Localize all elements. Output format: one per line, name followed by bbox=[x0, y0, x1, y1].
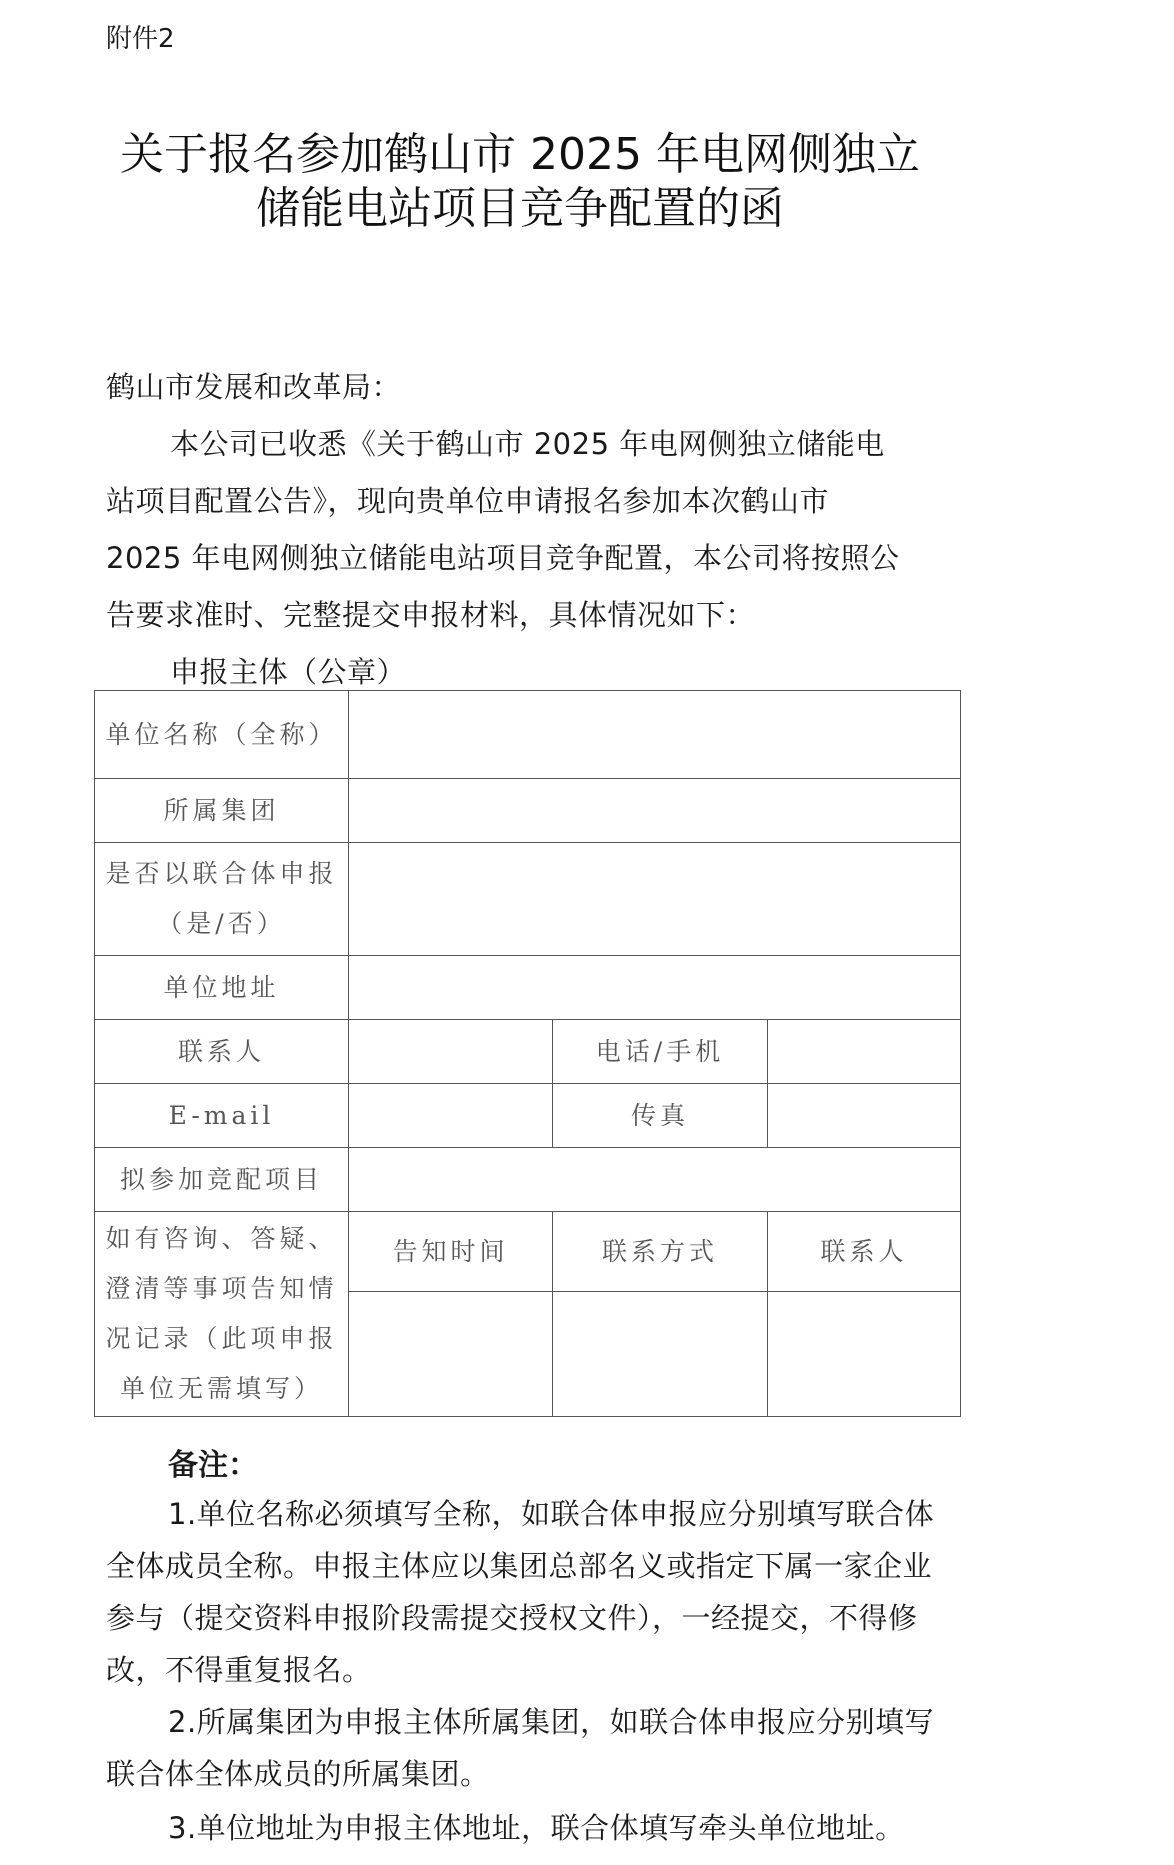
note-line: 全体成员全称。申报主体应以集团总部名义或指定下属一家企业 bbox=[106, 1544, 932, 1585]
project-label: 拟参加竞配项目 bbox=[95, 1148, 349, 1212]
record-label: 如有咨询、答疑、 澄清等事项告知情 况记录（此项申报 单位无需填写） bbox=[95, 1212, 349, 1417]
project-field[interactable] bbox=[349, 1148, 961, 1212]
consortium-label-line: （是/否） bbox=[101, 899, 342, 949]
attachment-label: 附件2 bbox=[106, 18, 175, 55]
table-row: 单位地址 bbox=[95, 956, 961, 1020]
record-label-line: 况记录（此项申报 bbox=[101, 1314, 342, 1364]
note-line: 3.单位地址为申报主体地址，联合体填写牵头单位地址。 bbox=[168, 1806, 905, 1847]
group-field[interactable] bbox=[349, 779, 961, 843]
table-row: 拟参加竞配项目 bbox=[95, 1148, 961, 1212]
registration-form-table: 单位名称（全称） 所属集团 是否以联合体申报 （是/否） 单位地址 联系人 电话… bbox=[94, 690, 961, 1417]
contact-label: 联系人 bbox=[95, 1020, 349, 1084]
contact-method-field[interactable] bbox=[553, 1292, 768, 1417]
unit-name-field[interactable] bbox=[349, 691, 961, 779]
table-row: 如有咨询、答疑、 澄清等事项告知情 况记录（此项申报 单位无需填写） 告知时间 … bbox=[95, 1212, 961, 1292]
address-label: 单位地址 bbox=[95, 956, 349, 1020]
record-label-line: 单位无需填写） bbox=[101, 1364, 342, 1414]
contact-field[interactable] bbox=[349, 1020, 553, 1084]
record-label-line: 澄清等事项告知情 bbox=[101, 1264, 342, 1314]
note-line: 1.单位名称必须填写全称，如联合体申报应分别填写联合体 bbox=[168, 1492, 934, 1533]
record-contact-field[interactable] bbox=[768, 1292, 961, 1417]
note-line: 联合体全体成员的所属集团。 bbox=[106, 1752, 490, 1793]
consortium-field[interactable] bbox=[349, 843, 961, 956]
email-field[interactable] bbox=[349, 1084, 553, 1148]
notify-time-header: 告知时间 bbox=[349, 1212, 553, 1292]
table-row: E-mail 传真 bbox=[95, 1084, 961, 1148]
consortium-label: 是否以联合体申报 （是/否） bbox=[95, 843, 349, 956]
note-line: 参与（提交资料申报阶段需提交授权文件），一经提交，不得修 bbox=[106, 1596, 918, 1637]
letter-line: 本公司已收悉《关于鹤山市 2025 年电网侧独立储能电 bbox=[170, 422, 885, 463]
document-title-line-2: 储能电站项目竞争配置的函 bbox=[0, 172, 1040, 236]
record-contact-header: 联系人 bbox=[768, 1212, 961, 1292]
applicant-label: 申报主体（公章） bbox=[170, 650, 406, 691]
phone-label: 电话/手机 bbox=[553, 1020, 768, 1084]
addressee: 鹤山市发展和改革局： bbox=[106, 365, 401, 406]
phone-field[interactable] bbox=[768, 1020, 961, 1084]
group-label: 所属集团 bbox=[95, 779, 349, 843]
table-row: 单位名称（全称） bbox=[95, 691, 961, 779]
email-label: E-mail bbox=[95, 1084, 349, 1148]
table-row: 所属集团 bbox=[95, 779, 961, 843]
letter-line: 站项目配置公告》，现向贵单位申请报名参加本次鹤山市 bbox=[106, 479, 829, 520]
note-line: 改，不得重复报名。 bbox=[106, 1648, 372, 1689]
notify-time-field[interactable] bbox=[349, 1292, 553, 1417]
table-row: 联系人 电话/手机 bbox=[95, 1020, 961, 1084]
contact-method-header: 联系方式 bbox=[553, 1212, 768, 1292]
address-field[interactable] bbox=[349, 956, 961, 1020]
letter-line: 告要求准时、完整提交申报材料，具体情况如下： bbox=[106, 593, 755, 634]
consortium-label-line: 是否以联合体申报 bbox=[101, 849, 342, 899]
note-line: 2.所属集团为申报主体所属集团，如联合体申报应分别填写 bbox=[168, 1700, 934, 1741]
fax-label: 传真 bbox=[553, 1084, 768, 1148]
record-label-line: 如有咨询、答疑、 bbox=[101, 1214, 342, 1264]
unit-name-label: 单位名称（全称） bbox=[95, 691, 349, 779]
fax-field[interactable] bbox=[768, 1084, 961, 1148]
letter-line: 2025 年电网侧独立储能电站项目竞争配置，本公司将按照公 bbox=[106, 536, 900, 577]
notes-title: 备注： bbox=[168, 1440, 258, 1484]
table-row: 是否以联合体申报 （是/否） bbox=[95, 843, 961, 956]
